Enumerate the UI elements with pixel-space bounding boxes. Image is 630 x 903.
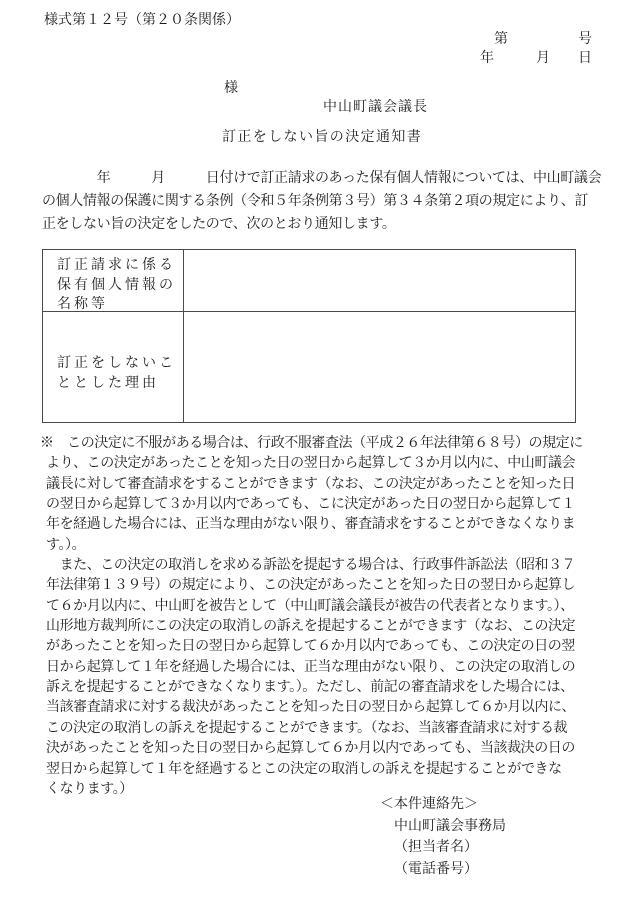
note-line: の翌日から起算して３か月以内であっても、こに決定があった日の翌日から起算して１ <box>46 495 598 515</box>
contact-line-person: （担当者名） <box>394 837 506 859</box>
note-line: 訴えを提起することができなくなります。）。ただし、前記の審査請求をした場合には、 <box>46 678 598 698</box>
table-label-line: 保有個人情報の <box>57 276 183 296</box>
body-line: の個人情報の保護に関する条例（令和５年条例第３号）第３４条第２項の規定により、訂 <box>42 190 590 213</box>
date-line: 年 月 日 <box>480 52 592 66</box>
note-line: があったことを知った日の翌日から起算して６か月以内であっても、この決定の日の翌 <box>46 637 598 657</box>
table-value-held-info-name <box>184 250 575 311</box>
table-row: 訂正をしないこ ととした理由 <box>43 312 575 422</box>
note-section: ※ この決定に不服がある場合は、行政不服審査法（平成２６年法律第６８号）の規定に… <box>46 434 598 800</box>
note-line: す。）。 <box>46 536 598 556</box>
document-page: 様式第１２号（第２０条関係） 第 号 年 月 日 様 中山町議会議長 訂正をしな… <box>0 0 630 903</box>
note-line: ※ この決定に不服がある場合は、行政不服審査法（平成２６年法律第６８号）の規定に <box>40 434 598 454</box>
table-label-reason: 訂正をしないこ ととした理由 <box>43 312 184 422</box>
body-paragraph: 年 月 日付けで訂正請求のあった保有個人情報については、中山町議会 の個人情報の… <box>42 167 590 236</box>
table-label-line: 訂正をしないこ <box>57 354 183 374</box>
note-line: 議長に対して審査請求をすることができます（なお、この決定があったことを知った日 <box>46 475 598 495</box>
form-number: 様式第１２号（第２０条関係） <box>44 14 240 28</box>
note-line: くなります。） <box>46 780 598 800</box>
document-title: 訂正をしない旨の決定通知書 <box>222 131 422 145</box>
body-line: 正をしない旨の決定をしたので、次のとおり通知します。 <box>42 213 590 236</box>
body-line: 年 月 日付けで訂正請求のあった保有個人情報については、中山町議会 <box>42 167 590 190</box>
table-value-reason <box>184 312 575 422</box>
note-line: 年法律第１３９号）の規定により、この決定があったことを知った日の翌日から起算し <box>46 576 598 596</box>
contact-line-phone: （電話番号） <box>394 859 506 881</box>
note-line: 山形地方裁判所にこの決定の取消しの訴えを提起することができます（なお、この決定 <box>46 617 598 637</box>
contact-block: ＜本件連絡先＞ 中山町議会事務局 （担当者名） （電話番号） <box>380 794 506 881</box>
contact-line-office: 中山町議会事務局 <box>394 816 506 838</box>
note-line: て６か月以内に、中山町を被告として（中山町議会議長が被告の代表者となります。）、 <box>46 597 598 617</box>
table-label-held-info-name: 訂正請求に係る 保有個人情報の 名称等 <box>43 250 184 311</box>
contact-heading: ＜本件連絡先＞ <box>380 794 506 816</box>
table-row: 訂正請求に係る 保有個人情報の 名称等 <box>43 250 575 312</box>
note-line: 日から起算して１年を経過した場合には、正当な理由がない限り、この決定の取消しの <box>46 658 598 678</box>
note-line: 年を経過した場合には、正当な理由がない限り、審査請求をすることができなくなりま <box>46 515 598 535</box>
addressee-suffix: 様 <box>224 82 238 96</box>
note-line: 決があったことを知った日の翌日から起算して６か月以内であっても、当該裁決の日の <box>46 739 598 759</box>
table-label-line: ととした理由 <box>57 374 183 394</box>
note-line: また、この決定の取消しを求める訴訟を提起する場合は、行政事件訴訟法（昭和３７ <box>46 556 598 576</box>
note-line: 翌日から起算して１年を経過するとこの決定の取消しの訴えを提起することができな <box>46 760 598 780</box>
table-label-line: 訂正請求に係る <box>57 256 183 276</box>
note-line: 当該審査請求に対する裁決があったことを知った日の翌日から起算して６か月以内に、 <box>46 698 598 718</box>
sender-name: 中山町議会議長 <box>323 101 428 115</box>
note-line: より、この決定があったことを知った日の翌日から起算して３か月以内に、中山町議会 <box>46 454 598 474</box>
request-info-table: 訂正請求に係る 保有個人情報の 名称等 訂正をしないこ ととした理由 <box>42 249 576 423</box>
doc-number-line: 第 号 <box>494 33 592 47</box>
note-line: この決定の取消しの訴えを提起することができます。（なお、当該審査請求に対する裁 <box>46 719 598 739</box>
